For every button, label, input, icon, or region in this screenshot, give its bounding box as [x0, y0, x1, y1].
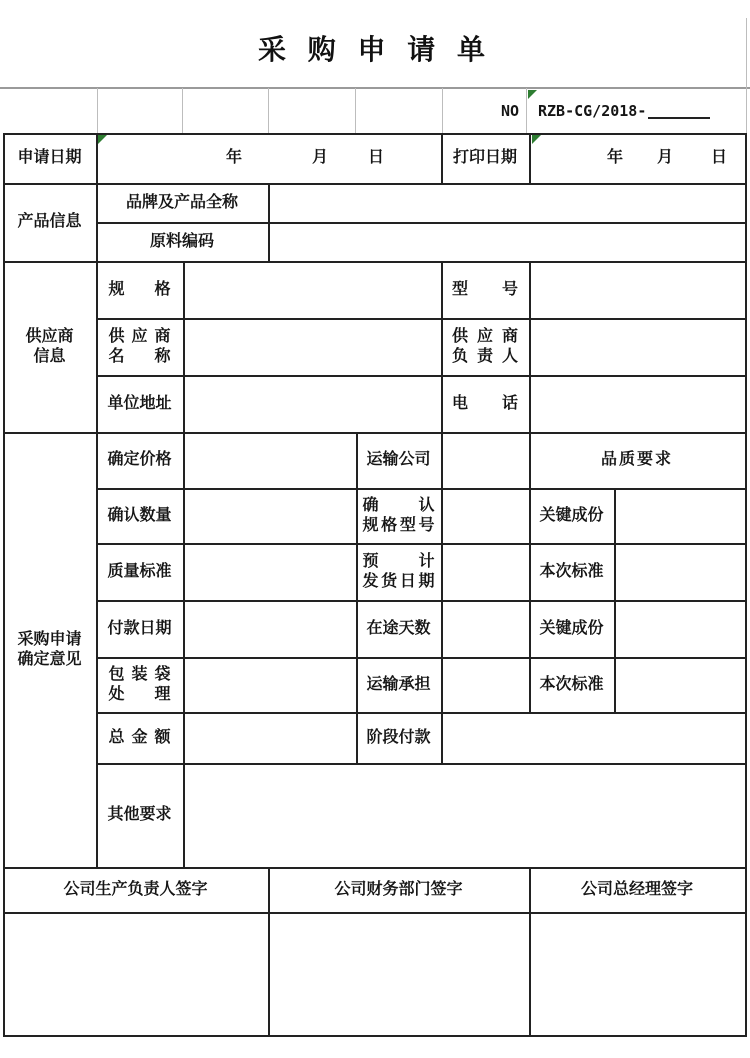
grid-line	[268, 183, 270, 261]
address-field[interactable]	[183, 375, 441, 432]
model-label: 型号	[441, 261, 529, 318]
finance-signature-box[interactable]	[268, 912, 529, 1035]
material-code-label: 原料编码	[96, 222, 268, 261]
gm-signature-box[interactable]	[529, 912, 745, 1035]
grid-line	[96, 488, 747, 490]
spec-field[interactable]	[183, 261, 441, 318]
confirm-spec-label: 确认 规格型号	[356, 488, 441, 543]
grid-line	[442, 88, 443, 133]
transit-days-field[interactable]	[441, 600, 529, 657]
carrier-label: 运输承担	[356, 657, 441, 712]
section-supplier-info: 供应商 信息	[3, 261, 96, 432]
other-requirements-field[interactable]	[183, 763, 745, 867]
supplier-manager-field[interactable]	[529, 318, 745, 375]
grid-line	[441, 261, 443, 763]
print-date-field[interactable]: 年 月 日	[529, 133, 745, 183]
current-standard-label-2: 本次标准	[529, 657, 614, 712]
grid-line	[746, 18, 747, 133]
grid-line	[355, 88, 356, 133]
apply-date-field[interactable]: 年 月 日	[96, 133, 441, 183]
cell-corner-marker-icon	[532, 135, 541, 144]
qty-label: 确认数量	[96, 488, 183, 543]
phone-field[interactable]	[529, 375, 745, 432]
grid-line	[96, 543, 747, 545]
model-field[interactable]	[529, 261, 745, 318]
grid-line	[3, 183, 747, 185]
no-label: NO	[442, 88, 522, 133]
grid-line	[96, 133, 98, 867]
no-value[interactable]: RZB-CG/2018-	[534, 88, 744, 133]
grid-line	[268, 867, 270, 1037]
grid-line	[3, 133, 747, 135]
print-year-label: 年	[607, 148, 623, 167]
grid-line	[356, 432, 358, 763]
grid-line	[96, 712, 747, 714]
purchase-requisition-form: 采 购 申 请 单 NO RZB-CG/2018- 申请日期 年 月 日 打印日…	[0, 0, 750, 1058]
transit-days-label: 在途天数	[356, 600, 441, 657]
supplier-manager-label: 供应商 负责人	[441, 318, 529, 375]
material-code-field[interactable]	[268, 222, 745, 261]
grid-line	[526, 88, 527, 133]
page-title: 采 购 申 请 单	[0, 22, 750, 74]
apply-year-label: 年	[226, 148, 242, 167]
qty-field[interactable]	[183, 488, 356, 543]
grid-line	[96, 600, 747, 602]
apply-month-label: 月	[312, 148, 328, 167]
current-standard-field-2[interactable]	[614, 657, 745, 712]
cell-corner-marker-icon	[528, 90, 537, 99]
grid-line	[3, 133, 5, 1037]
brand-label: 品牌及产品全称	[96, 183, 268, 222]
stage-payment-field[interactable]	[441, 712, 745, 763]
key-ingredient-label-2: 关键成份	[529, 600, 614, 657]
grid-line	[529, 261, 531, 712]
price-field[interactable]	[183, 432, 356, 488]
section-product-info: 产品信息	[3, 183, 96, 261]
grid-line	[614, 488, 616, 712]
cell-corner-marker-icon	[98, 135, 107, 144]
grid-line	[0, 87, 750, 89]
finance-signature-label: 公司财务部门签字	[268, 867, 529, 912]
phone-label: 电话	[441, 375, 529, 432]
carrier-field[interactable]	[441, 657, 529, 712]
grid-line	[529, 133, 531, 183]
grid-line	[96, 222, 747, 224]
grid-line	[529, 867, 531, 1037]
grid-line	[182, 88, 183, 133]
grid-line	[3, 432, 747, 434]
quality-standard-field[interactable]	[183, 543, 356, 600]
section-purchase-decision: 采购申请 确定意见	[3, 432, 96, 867]
grid-line	[96, 763, 747, 765]
grid-line	[96, 318, 747, 320]
current-standard-label-1: 本次标准	[529, 543, 614, 600]
grid-line	[96, 375, 747, 377]
production-signature-label: 公司生产负责人签字	[3, 867, 268, 912]
quality-standard-label: 质量标准	[96, 543, 183, 600]
confirm-spec-field[interactable]	[441, 488, 529, 543]
payment-date-field[interactable]	[183, 600, 356, 657]
total-amount-field[interactable]	[183, 712, 356, 763]
gm-signature-label: 公司总经理签字	[529, 867, 745, 912]
supplier-name-field[interactable]	[183, 318, 441, 375]
quality-requirements-header: 品质要求	[529, 432, 745, 488]
other-requirements-label: 其他要求	[96, 763, 183, 867]
eta-label: 预计 发货日期	[356, 543, 441, 600]
apply-day-label: 日	[368, 148, 384, 167]
stage-payment-label: 阶段付款	[356, 712, 441, 763]
eta-field[interactable]	[441, 543, 529, 600]
grid-line	[183, 261, 185, 867]
transport-company-label: 运输公司	[356, 432, 441, 488]
transport-company-field[interactable]	[441, 432, 529, 488]
print-date-label: 打印日期	[441, 133, 529, 183]
grid-line	[441, 133, 443, 183]
grid-line	[3, 261, 747, 263]
key-ingredient-label-1: 关键成份	[529, 488, 614, 543]
current-standard-field-1[interactable]	[614, 543, 745, 600]
payment-date-label: 付款日期	[96, 600, 183, 657]
spec-label: 规格	[96, 261, 183, 318]
grid-line	[3, 912, 747, 914]
grid-line	[97, 88, 98, 133]
supplier-name-label: 供应商 名称	[96, 318, 183, 375]
print-month-label: 月	[657, 148, 673, 167]
key-ingredient-field-2[interactable]	[614, 600, 745, 657]
price-label: 确定价格	[96, 432, 183, 488]
production-signature-box[interactable]	[3, 912, 268, 1035]
grid-line	[96, 657, 747, 659]
brand-field[interactable]	[268, 183, 745, 222]
grid-line	[745, 133, 747, 1037]
packaging-label: 包装袋 处理	[96, 657, 183, 712]
no-blank-underline	[648, 117, 710, 119]
apply-date-label: 申请日期	[3, 133, 96, 183]
grid-line	[268, 88, 269, 133]
grid-line	[3, 1035, 747, 1037]
grid-line	[3, 867, 747, 869]
address-label: 单位地址	[96, 375, 183, 432]
print-day-label: 日	[711, 148, 727, 167]
total-amount-label: 总金额	[96, 712, 183, 763]
packaging-field[interactable]	[183, 657, 356, 712]
key-ingredient-field-1[interactable]	[614, 488, 745, 543]
